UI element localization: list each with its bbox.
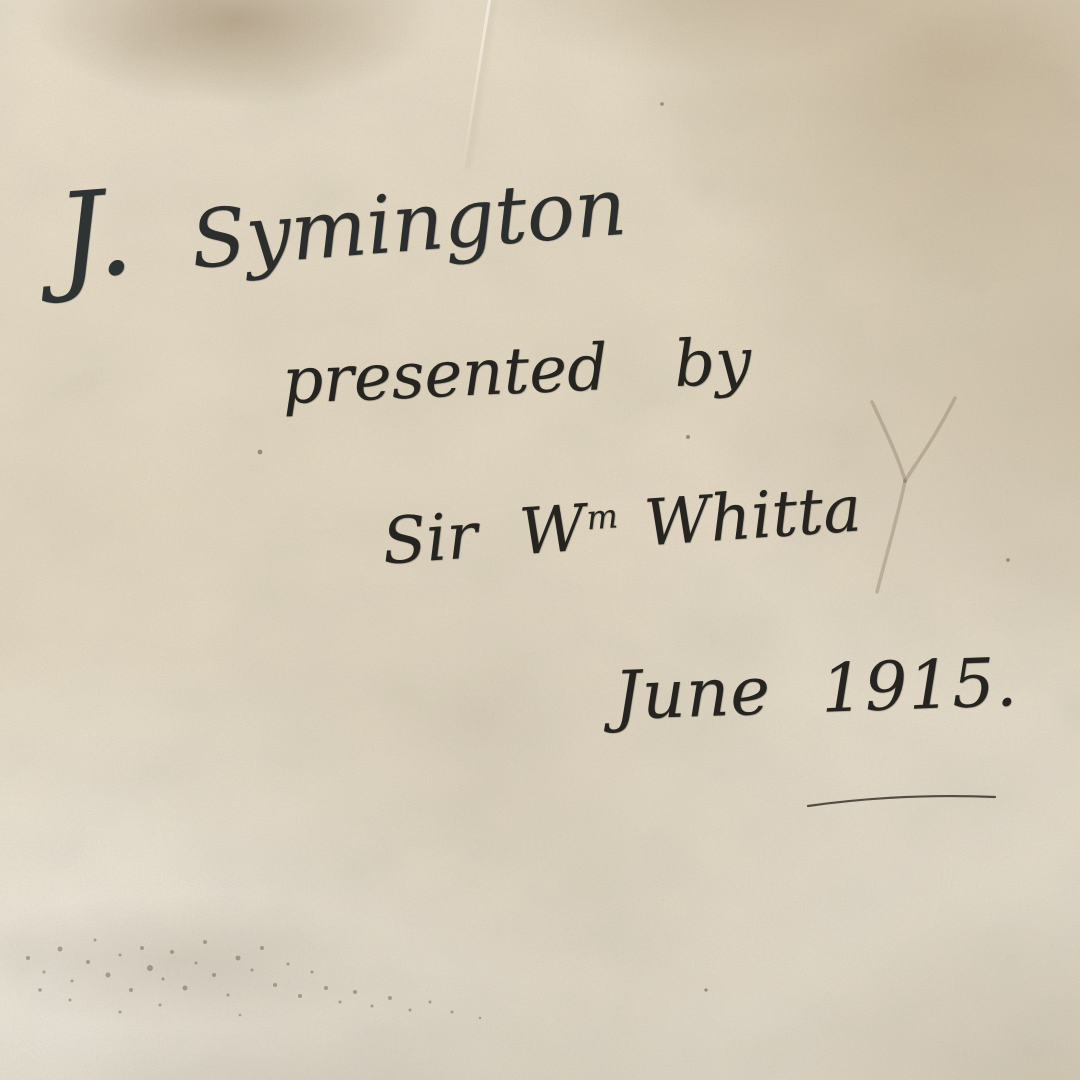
- inscription-title-and-initial: Sir W: [380, 492, 588, 580]
- inscription-line-2: presented by: [281, 330, 753, 414]
- inscription-surname-whitta: Whitta: [642, 472, 864, 561]
- inscription-initial: J.: [52, 173, 137, 297]
- inscription-date: June 1915.: [613, 649, 1019, 730]
- inscription-superscript-m: m: [585, 496, 619, 537]
- photo-frame: J. Symington presented by Sir WmWhitta J…: [0, 0, 1080, 1080]
